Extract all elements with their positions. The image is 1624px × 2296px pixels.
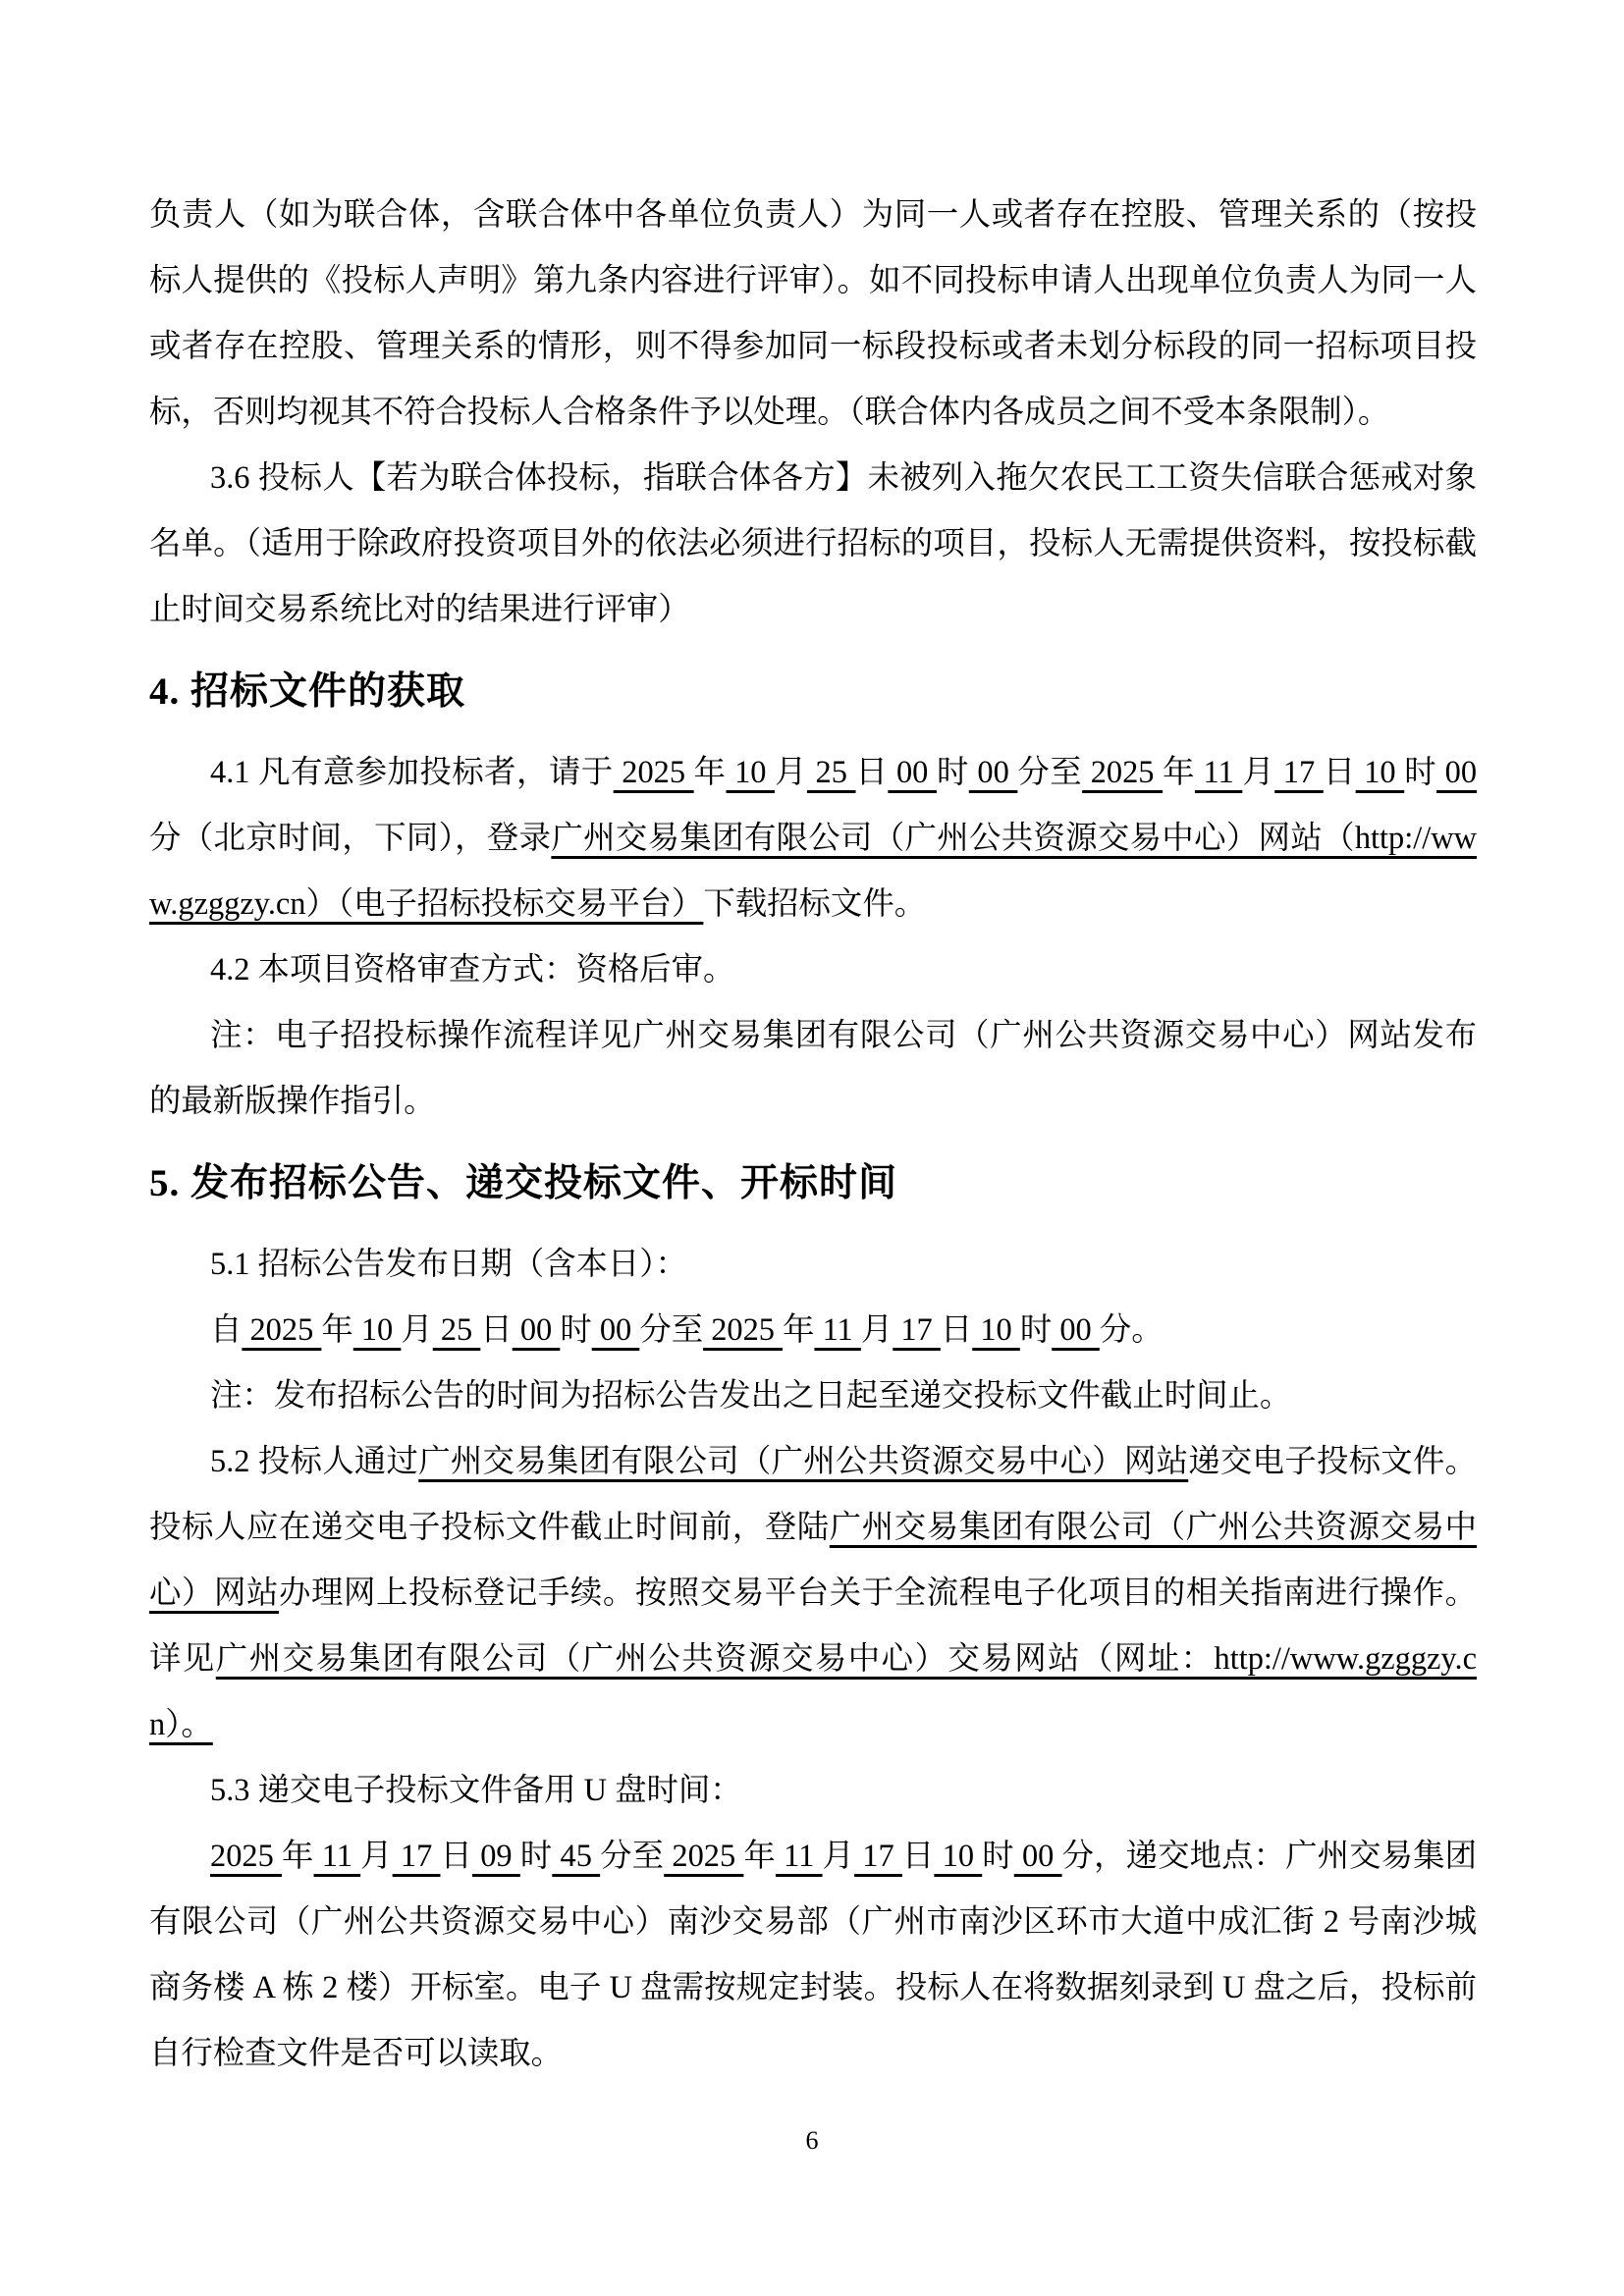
text-segment: 日 — [941, 1312, 972, 1348]
underlined-text: 10 — [353, 1312, 402, 1348]
underlined-text: 00 — [1014, 1839, 1062, 1874]
text-segment: 时 — [560, 1312, 591, 1348]
underlined-text: 17 — [1274, 755, 1324, 790]
text-segment: 5. 发布招标公告、递交投标文件、开标时间 — [149, 1162, 897, 1204]
underlined-text: 10 — [1356, 755, 1405, 790]
text-segment: 注：电子招投标操作流程详见广州交易集团有限公司（广州公共资源交易中心）网站发布的… — [149, 1018, 1477, 1119]
underlined-text: 2025 — [1082, 755, 1163, 790]
text-segment: 注：发布招标公告的时间为招标公告发出之日起至递交投标文件截止时间止。 — [210, 1378, 1291, 1414]
text-segment: 时 — [1020, 1312, 1052, 1348]
underlined-text: 2025 — [614, 755, 694, 790]
text-segment: 自 — [210, 1312, 242, 1348]
underlined-text: 11 — [814, 1312, 860, 1348]
paragraph: 4.1 凡有意参加投标者，请于 2025 年 10 月 25 日 00 时 00… — [149, 740, 1477, 937]
text-segment: 下载招标文件。 — [703, 886, 926, 922]
text-segment: 时 — [1404, 755, 1436, 790]
underlined-text: 2025 — [703, 1312, 783, 1348]
paragraph: 自 2025 年 10 月 25 日 00 时 00 分至 2025 年 11 … — [149, 1298, 1477, 1363]
paragraph: 2025 年 11 月 17 日 09 时 45 分至 2025 年 11 月 … — [149, 1824, 1477, 2087]
text-segment: 日 — [902, 1839, 935, 1874]
text-segment: 3.6 投标人【若为联合体投标，指联合体各方】未被列入拖欠农民工工资失信联合惩戒… — [149, 460, 1477, 627]
text-segment: 分至 — [600, 1839, 664, 1874]
paragraph: 5.3 递交电子投标文件备用 U 盘时间： — [149, 1758, 1477, 1824]
text-segment: 时 — [937, 755, 969, 790]
underlined-text: 2025 — [242, 1312, 321, 1348]
underlined-text: 10 — [934, 1839, 982, 1874]
text-segment: 分至 — [1017, 755, 1082, 790]
underlined-text: 00 — [1436, 755, 1477, 790]
page-number: 6 — [0, 2126, 1624, 2156]
text-segment: 月 — [823, 1839, 855, 1874]
paragraph: 注：电子招投标操作流程详见广州交易集团有限公司（广州公共资源交易中心）网站发布的… — [149, 1003, 1477, 1135]
text-segment: 负责人（如为联合体，含联合体中各单位负责人）为同一人或者存在控股、管理关系的（按… — [149, 197, 1477, 430]
text-segment: 年 — [743, 1839, 776, 1874]
text-segment: 年 — [783, 1312, 814, 1348]
text-segment: 月 — [775, 755, 807, 790]
text-segment: 时 — [982, 1839, 1014, 1874]
text-segment: 分至 — [639, 1312, 703, 1348]
underlined-text: 45 — [552, 1839, 600, 1874]
underlined-text: 10 — [727, 755, 776, 790]
text-segment: 年 — [694, 755, 727, 790]
underlined-text: 11 — [314, 1839, 361, 1874]
text-segment: 4.1 凡有意参加投标者，请于 — [210, 755, 614, 790]
underlined-text: 11 — [1195, 755, 1242, 790]
underlined-text: 2025 — [664, 1839, 743, 1874]
underlined-text: 10 — [972, 1312, 1020, 1348]
underlined-text: 09 — [472, 1839, 520, 1874]
text-segment: 4. 招标文件的获取 — [149, 670, 465, 713]
underlined-text: 广州交易集团有限公司（广州公共资源交易中心）网站 — [418, 1444, 1188, 1479]
text-segment: 月 — [1242, 755, 1274, 790]
text-segment: 月 — [861, 1312, 893, 1348]
paragraph: 4.2 本项目资格审查方式：资格后审。 — [149, 937, 1477, 1003]
text-segment: 4.2 本项目资格审查方式：资格后审。 — [210, 952, 734, 988]
underlined-text: 00 — [513, 1312, 561, 1348]
paragraph: 3.6 投标人【若为联合体投标，指联合体各方】未被列入拖欠农民工工资失信联合惩戒… — [149, 446, 1477, 643]
paragraph: 5.2 投标人通过广州交易集团有限公司（广州公共资源交易中心）网站递交电子投标文… — [149, 1429, 1477, 1758]
underlined-text: 17 — [893, 1312, 941, 1348]
text-segment: 年 — [1163, 755, 1195, 790]
paragraph: 负责人（如为联合体，含联合体中各单位负责人）为同一人或者存在控股、管理关系的（按… — [149, 183, 1477, 446]
document-page: 负责人（如为联合体，含联合体中各单位负责人）为同一人或者存在控股、管理关系的（按… — [0, 0, 1624, 2296]
text-segment: 5.2 投标人通过 — [210, 1444, 418, 1479]
underlined-text: 00 — [1052, 1312, 1100, 1348]
text-segment: 日 — [480, 1312, 512, 1348]
underlined-text: 00 — [592, 1312, 640, 1348]
underlined-text: 00 — [888, 755, 937, 790]
text-segment: 日 — [1324, 755, 1356, 790]
underlined-text: 广州交易集团有限公司（广州公共资源交易中心）交易网站（网址：http://www… — [149, 1641, 1477, 1742]
text-segment: 月 — [360, 1839, 393, 1874]
text-segment: 分。 — [1100, 1312, 1164, 1348]
text-segment: 日 — [856, 755, 889, 790]
underlined-text: 17 — [854, 1839, 902, 1874]
paragraph: 注：发布招标公告的时间为招标公告发出之日起至递交投标文件截止时间止。 — [149, 1363, 1477, 1429]
underlined-text: 00 — [969, 755, 1018, 790]
document-content: 负责人（如为联合体，含联合体中各单位负责人）为同一人或者存在控股、管理关系的（按… — [149, 183, 1477, 2087]
text-segment: 年 — [282, 1839, 314, 1874]
text-segment: 5.1 招标公告发布日期（含本日）： — [210, 1247, 687, 1282]
text-segment: 年 — [321, 1312, 352, 1348]
section-heading: 4. 招标文件的获取 — [149, 667, 1477, 717]
text-segment: 日 — [440, 1839, 472, 1874]
underlined-text: 25 — [433, 1312, 481, 1348]
underlined-text: 17 — [393, 1839, 441, 1874]
underlined-text: 25 — [807, 755, 856, 790]
underlined-text: 2025 — [210, 1839, 282, 1874]
text-segment: 分（北京时间，下同），登录 — [149, 821, 551, 856]
text-segment: 时 — [520, 1839, 553, 1874]
paragraph: 5.1 招标公告发布日期（含本日）： — [149, 1232, 1477, 1298]
underlined-text: 11 — [776, 1839, 823, 1874]
section-heading: 5. 发布招标公告、递交投标文件、开标时间 — [149, 1159, 1477, 1208]
text-segment: 月 — [401, 1312, 432, 1348]
text-segment: 5.3 递交电子投标文件备用 U 盘时间： — [210, 1773, 742, 1808]
